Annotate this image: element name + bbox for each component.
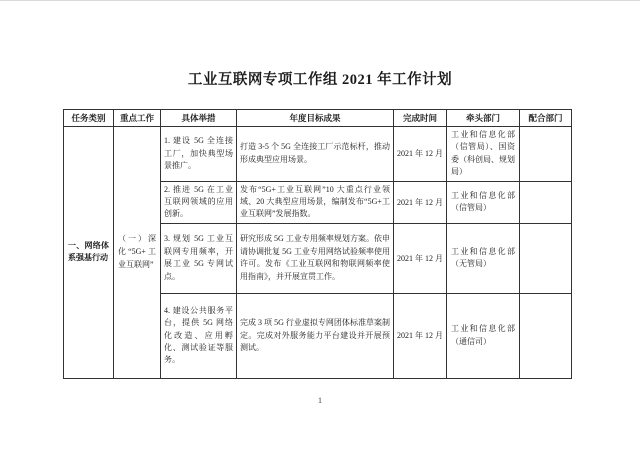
header-row: 任务类别 重点工作 具体举措 年度目标成果 完成时间 牵头部门 配合部门 [64,110,572,127]
document-page: 工业互联网专项工作组 2021 年工作计划 任务类别 重点工作 具体举措 年度目… [0,0,640,452]
support-dept-cell [520,293,572,378]
support-dept-cell [520,181,572,223]
header-support-dept: 配合部门 [520,110,572,127]
header-lead-dept: 牵头部门 [447,110,520,127]
deadline-cell: 2021 年 12 月 [394,293,447,378]
target-cell: 研究形成 5G 工业专用频率规划方案。依申请协调批复 5G 工业专用网络试验频率… [237,223,394,293]
measure-cell: 1. 建设 5G 全连接工厂，加快典型场景推广。 [161,127,237,182]
support-dept-cell [520,223,572,293]
target-cell: 完成 3 项 5G 行业虚拟专网团体标准草案制定。完成对外服务能力平台建设并开展… [237,293,394,378]
lead-dept-cell: 工业和信息化部（信管局） [447,181,520,223]
deadline-cell: 2021 年 12 月 [394,127,447,182]
document-title: 工业互联网专项工作组 2021 年工作计划 [0,68,640,89]
measure-cell: 2. 推进 5G 在工业互联网领域的应用创新。 [161,181,237,223]
lead-dept-cell: 工业和信息化部（无管局） [447,223,520,293]
measure-cell: 4. 建设公共服务平台，提供 5G 网络化改造、应用孵化、测试验证等服务。 [161,293,237,378]
target-cell: 发布“5G+工业互联网”10 大重点行业领域、20 大典型应用场景，编制发布“5… [237,181,394,223]
header-measures: 具体举措 [161,110,237,127]
measure-cell: 3. 规划 5G 工业互联网专用频率，开展工业 5G 专网试点。 [161,223,237,293]
header-deadline: 完成时间 [394,110,447,127]
header-task-category: 任务类别 [64,110,114,127]
deadline-cell: 2021 年 12 月 [394,223,447,293]
key-work-cell: （一）深化“5G+工业互联网” [114,127,161,379]
header-targets: 年度目标成果 [237,110,394,127]
deadline-cell: 2021 年 12 月 [394,181,447,223]
target-cell: 打造 3-5 个 5G 全连接工厂示范标杆，推动形成典型应用场景。 [237,127,394,182]
header-key-work: 重点工作 [114,110,161,127]
work-plan-table: 任务类别 重点工作 具体举措 年度目标成果 完成时间 牵头部门 配合部门 一、网… [63,109,572,379]
page-number: 1 [0,395,640,405]
lead-dept-cell: 工业和信息化部（信管局）、国资委（科创局、规划局） [447,127,520,182]
task-category-cell: 一、网络体系强基行动 [64,127,114,379]
support-dept-cell [520,127,572,182]
table-row: 一、网络体系强基行动 （一）深化“5G+工业互联网” 1. 建设 5G 全连接工… [64,127,572,182]
lead-dept-cell: 工业和信息化部（通信司） [447,293,520,378]
